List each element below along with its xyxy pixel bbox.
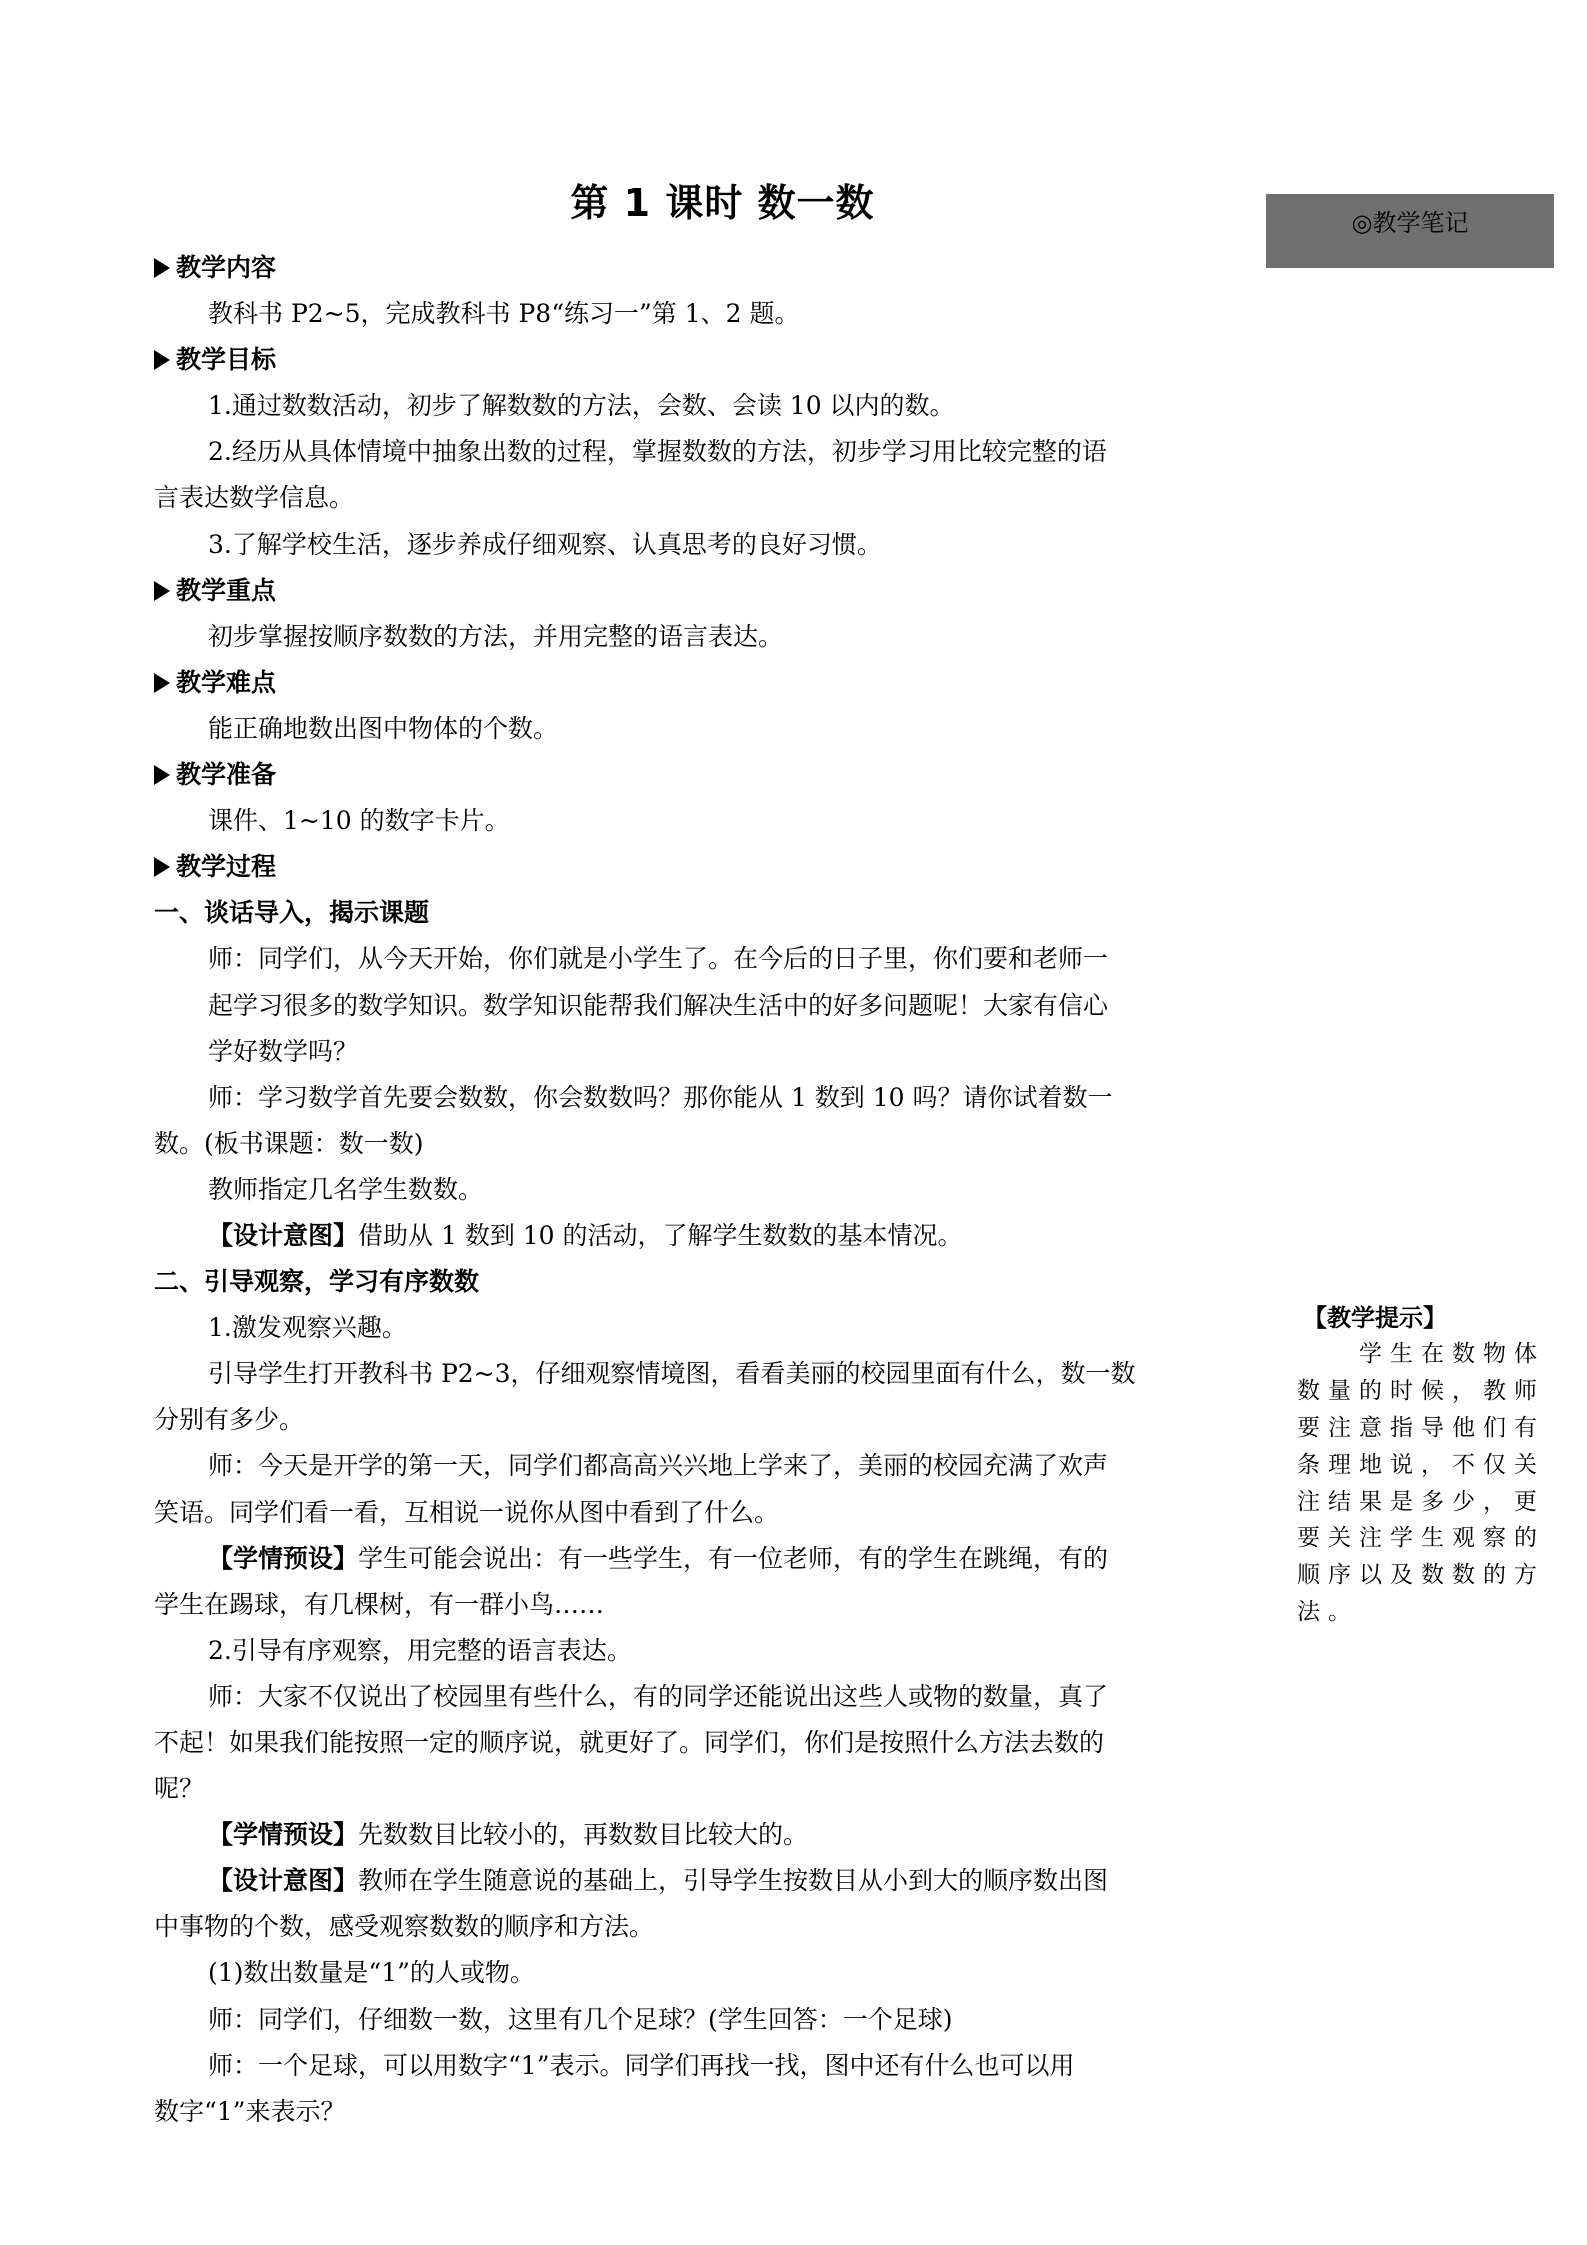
part2-paragraph-7: 师：同学们，仔细数一数，这里有几个足球？(学生回答：一个足球) — [154, 1997, 1212, 2043]
section-heading-goals: 教学目标 — [154, 337, 1212, 383]
part2-paragraph-2-cont: 笑语。同学们看一看，互相说一说你从图中看到了什么。 — [154, 1490, 1212, 1536]
teaching-tip-heading: 【教学提示】 — [1303, 1300, 1527, 1336]
student-prediction-label: 【学情预设】 — [208, 1544, 358, 1573]
section-heading-content: 教学内容 — [154, 245, 1212, 291]
teaching-tip-box: 【教学提示】 学生在数物体 数量的时候，教师 要注意指导他们有 条理地说，不仅关… — [1297, 1300, 1527, 1631]
part2-paragraph-4-cont2: 呢？ — [154, 1766, 1212, 1812]
triangle-bullet-icon — [154, 673, 170, 693]
tip-line: 要注意指导他们有 — [1297, 1410, 1527, 1447]
part2-student-prediction-2: 【学情预设】先数数目比较小的，再数数目比较大的。 — [154, 1812, 1212, 1858]
part2-design-intent: 【设计意图】教师在学生随意说的基础上，引导学生按数目从小到大的顺序数出图 — [154, 1858, 1212, 1904]
part2-step-3: (1)数出数量是“1”的人或物。 — [154, 1950, 1212, 1996]
teaching-tip-body: 学生在数物体 数量的时候，教师 要注意指导他们有 条理地说，不仅关 注结果是多少… — [1297, 1336, 1527, 1631]
part2-paragraph-4: 师：大家不仅说出了校园里有些什么，有的同学还能说出这些人或物的数量，真了 — [154, 1674, 1212, 1720]
part1-heading: 一、谈话导入，揭示课题 — [154, 890, 1212, 936]
goal-item-2: 2.经历从具体情境中抽象出数的过程，掌握数数的方法，初步学习用比较完整的语 — [154, 429, 1212, 475]
teaching-notes-box: ◎教学笔记 — [1266, 194, 1554, 268]
part2-student-prediction-1: 【学情预设】学生可能会说出：有一些学生，有一位老师，有的学生在跳绳，有的 — [154, 1536, 1212, 1582]
part2-heading: 二、引导观察，学习有序数数 — [154, 1259, 1212, 1305]
part1-paragraph-2: 师：学习数学首先要会数数，你会数数吗？那你能从 1 数到 10 吗？请你试着数一 — [154, 1075, 1212, 1121]
tip-line: 顺序以及数数的方 — [1297, 1557, 1527, 1594]
goal-item-1: 1.通过数数活动，初步了解数数的方法，会数、会读 10 以内的数。 — [154, 383, 1212, 429]
part2-step-2: 2.引导有序观察，用完整的语言表达。 — [154, 1628, 1212, 1674]
lesson-plan-body: 教学内容 教科书 P2~5，完成教科书 P8“练习一”第 1、2 题。 教学目标… — [154, 245, 1212, 2135]
section-heading-process: 教学过程 — [154, 844, 1212, 890]
section-heading-difficulties: 教学难点 — [154, 660, 1212, 706]
goal-item-3: 3.了解学校生活，逐步养成仔细观察、认真思考的良好习惯。 — [154, 522, 1212, 568]
part1-paragraph-1: 师：同学们，从今天开始，你们就是小学生了。在今后的日子里，你们要和老师一 起学习… — [154, 936, 1212, 1074]
section-heading-key-points: 教学重点 — [154, 568, 1212, 614]
tip-line: 要关注学生观察的 — [1297, 1520, 1527, 1557]
part2-paragraph-2: 师：今天是开学的第一天，同学们都高高兴兴地上学来了，美丽的校园充满了欢声 — [154, 1443, 1212, 1489]
tip-line: 数量的时候，教师 — [1297, 1373, 1527, 1410]
part2-design-intent-cont: 中事物的个数，感受观察数数的顺序和方法。 — [154, 1904, 1212, 1950]
tip-line: 法。 — [1297, 1594, 1527, 1631]
part2-paragraph-1-cont: 分别有多少。 — [154, 1397, 1212, 1443]
triangle-bullet-icon — [154, 765, 170, 785]
part1-design-intent: 【设计意图】借助从 1 数到 10 的活动，了解学生数数的基本情况。 — [154, 1213, 1212, 1259]
teaching-notes-label: ◎教学笔记 — [1266, 208, 1554, 238]
difficulties-text: 能正确地数出图中物体的个数。 — [154, 706, 1212, 752]
goal-item-2-cont: 言表达数学信息。 — [154, 475, 1212, 521]
triangle-bullet-icon — [154, 857, 170, 877]
part2-paragraph-1: 引导学生打开教科书 P2~3，仔细观察情境图，看看美丽的校园里面有什么，数一数 — [154, 1351, 1212, 1397]
lesson-title: 第 1 课时 数一数 — [0, 178, 1445, 228]
part2-step-1: 1.激发观察兴趣。 — [154, 1305, 1212, 1351]
part2-student-prediction-1-cont: 学生在踢球，有几棵树，有一群小鸟…… — [154, 1582, 1212, 1628]
part1-paragraph-3: 教师指定几名学生数数。 — [154, 1167, 1212, 1213]
student-prediction-label: 【学情预设】 — [208, 1820, 358, 1849]
preparation-text: 课件、1~10 的数字卡片。 — [154, 798, 1212, 844]
design-intent-label: 【设计意图】 — [208, 1866, 358, 1895]
part2-paragraph-8-cont: 数字“1”来表示？ — [154, 2089, 1212, 2135]
section-heading-preparation: 教学准备 — [154, 752, 1212, 798]
tip-line: 学生在数物体 — [1297, 1336, 1527, 1373]
triangle-bullet-icon — [154, 350, 170, 370]
tip-line: 条理地说，不仅关 — [1297, 1447, 1527, 1484]
triangle-bullet-icon — [154, 258, 170, 278]
triangle-bullet-icon — [154, 581, 170, 601]
design-intent-label: 【设计意图】 — [208, 1221, 358, 1250]
part1-paragraph-2-cont: 数。(板书课题：数一数) — [154, 1121, 1212, 1167]
key-points-text: 初步掌握按顺序数数的方法，并用完整的语言表达。 — [154, 614, 1212, 660]
tip-line: 注结果是多少，更 — [1297, 1484, 1527, 1521]
part2-paragraph-4-cont: 不起！如果我们能按照一定的顺序说，就更好了。同学们，你们是按照什么方法去数的 — [154, 1720, 1212, 1766]
part2-paragraph-8: 师：一个足球，可以用数字“1”表示。同学们再找一找，图中还有什么也可以用 — [154, 2043, 1212, 2089]
content-text: 教科书 P2~5，完成教科书 P8“练习一”第 1、2 题。 — [154, 291, 1212, 337]
